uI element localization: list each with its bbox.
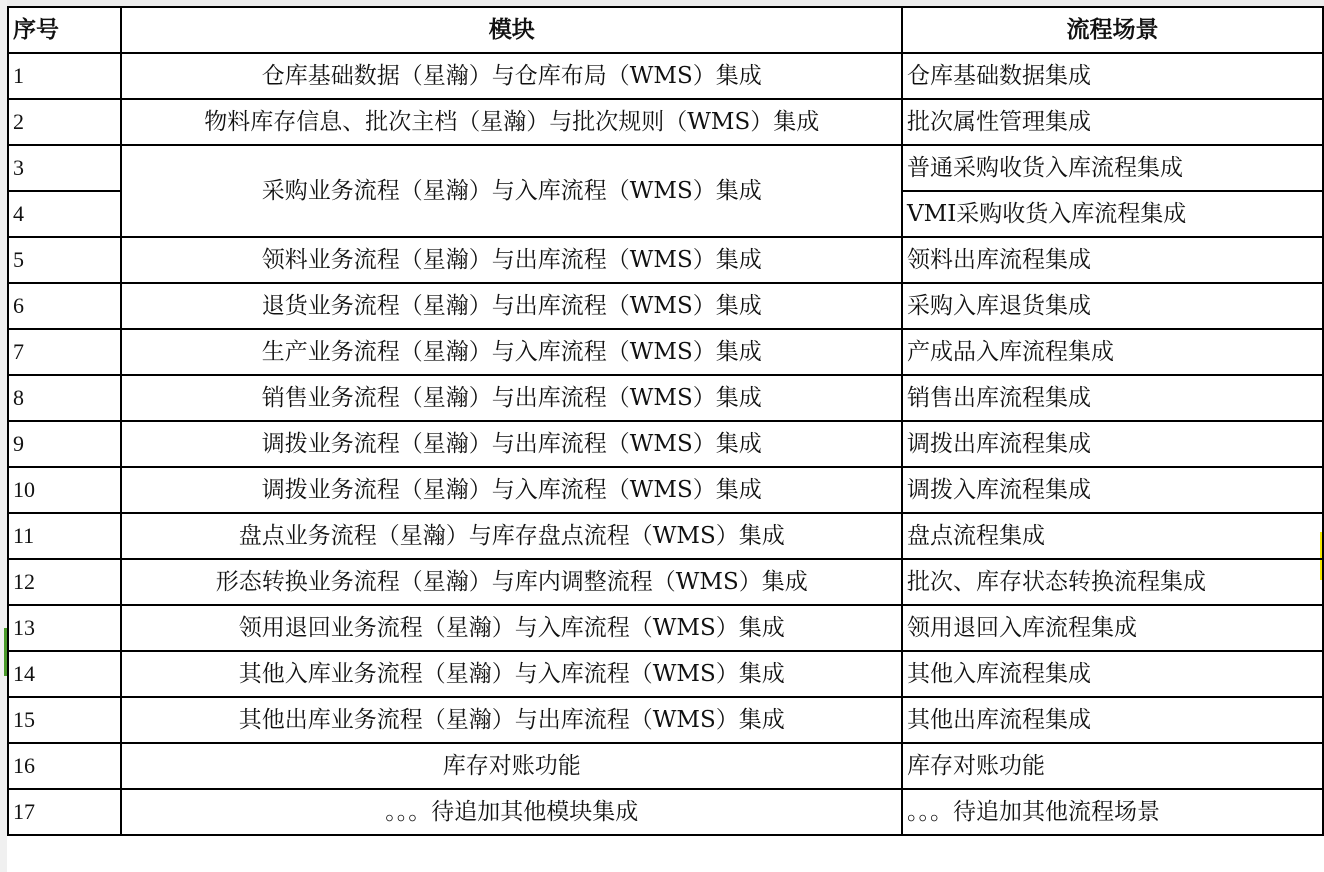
cell-no[interactable]: 1 — [8, 53, 121, 99]
table-row: 10 调拨业务流程（星瀚）与入库流程（WMS）集成 调拨入库流程集成 — [8, 467, 1323, 513]
cell-module[interactable]: 其他出库业务流程（星瀚）与出库流程（WMS）集成 — [121, 697, 902, 743]
cell-no[interactable]: 3 — [8, 145, 121, 191]
cell-module[interactable]: 物料库存信息、批次主档（星瀚）与批次规则（WMS）集成 — [121, 99, 902, 145]
cell-scene[interactable]: 领料出库流程集成 — [902, 237, 1323, 283]
cell-no[interactable]: 9 — [8, 421, 121, 467]
header-module[interactable]: 模块 — [121, 7, 902, 53]
cell-no[interactable]: 5 — [8, 237, 121, 283]
cell-no[interactable]: 13 — [8, 605, 121, 651]
cell-no[interactable]: 8 — [8, 375, 121, 421]
cell-no[interactable]: 16 — [8, 743, 121, 789]
cell-scene[interactable]: 批次、库存状态转换流程集成 — [902, 559, 1323, 605]
cell-module[interactable]: 领料业务流程（星瀚）与出库流程（WMS）集成 — [121, 237, 902, 283]
cell-no[interactable]: 15 — [8, 697, 121, 743]
cell-module[interactable]: 形态转换业务流程（星瀚）与库内调整流程（WMS）集成 — [121, 559, 902, 605]
cell-scene[interactable]: VMI采购收货入库流程集成 — [902, 191, 1323, 237]
table-row: 9 调拨业务流程（星瀚）与出库流程（WMS）集成 调拨出库流程集成 — [8, 421, 1323, 467]
table-row: 14 其他入库业务流程（星瀚）与入库流程（WMS）集成 其他入库流程集成 — [8, 651, 1323, 697]
cell-no[interactable]: 4 — [8, 191, 121, 237]
cell-scene[interactable]: 采购入库退货集成 — [902, 283, 1323, 329]
table-row: 2 物料库存信息、批次主档（星瀚）与批次规则（WMS）集成 批次属性管理集成 — [8, 99, 1323, 145]
table-row: 15 其他出库业务流程（星瀚）与出库流程（WMS）集成 其他出库流程集成 — [8, 697, 1323, 743]
cell-module[interactable]: 调拨业务流程（星瀚）与出库流程（WMS）集成 — [121, 421, 902, 467]
table-row: 8 销售业务流程（星瀚）与出库流程（WMS）集成 销售出库流程集成 — [8, 375, 1323, 421]
header-scene[interactable]: 流程场景 — [902, 7, 1323, 53]
cell-no[interactable]: 7 — [8, 329, 121, 375]
header-row: 序号 模块 流程场景 — [8, 7, 1323, 53]
cell-module[interactable]: 生产业务流程（星瀚）与入库流程（WMS）集成 — [121, 329, 902, 375]
cell-scene[interactable]: 调拨出库流程集成 — [902, 421, 1323, 467]
cell-scene[interactable]: 普通采购收货入库流程集成 — [902, 145, 1323, 191]
cell-module[interactable]: 库存对账功能 — [121, 743, 902, 789]
cell-no[interactable]: 14 — [8, 651, 121, 697]
cell-module[interactable]: 退货业务流程（星瀚）与出库流程（WMS）集成 — [121, 283, 902, 329]
cell-no[interactable]: 6 — [8, 283, 121, 329]
cell-scene[interactable]: 仓库基础数据集成 — [902, 53, 1323, 99]
cell-module-merged[interactable]: 采购业务流程（星瀚）与入库流程（WMS）集成 — [121, 145, 902, 237]
cell-no[interactable]: 10 — [8, 467, 121, 513]
cell-scene[interactable]: 。。。待追加其他流程场景 — [902, 789, 1323, 835]
row-header-gutter — [0, 0, 7, 872]
table-row: 3 采购业务流程（星瀚）与入库流程（WMS）集成 普通采购收货入库流程集成 — [8, 145, 1323, 191]
cell-scene[interactable]: 调拨入库流程集成 — [902, 467, 1323, 513]
cell-module[interactable]: 。。。待追加其他模块集成 — [121, 789, 902, 835]
cell-scene[interactable]: 库存对账功能 — [902, 743, 1323, 789]
cell-scene[interactable]: 产成品入库流程集成 — [902, 329, 1323, 375]
cell-module[interactable]: 其他入库业务流程（星瀚）与入库流程（WMS）集成 — [121, 651, 902, 697]
table-row: 7 生产业务流程（星瀚）与入库流程（WMS）集成 产成品入库流程集成 — [8, 329, 1323, 375]
integration-table: 序号 模块 流程场景 1 仓库基础数据（星瀚）与仓库布局（WMS）集成 仓库基础… — [7, 6, 1324, 836]
table-row: 17 。。。待追加其他模块集成 。。。待追加其他流程场景 — [8, 789, 1323, 835]
table-row: 5 领料业务流程（星瀚）与出库流程（WMS）集成 领料出库流程集成 — [8, 237, 1323, 283]
table-row: 13 领用退回业务流程（星瀚）与入库流程（WMS）集成 领用退回入库流程集成 — [8, 605, 1323, 651]
cell-scene[interactable]: 批次属性管理集成 — [902, 99, 1323, 145]
cell-module[interactable]: 盘点业务流程（星瀚）与库存盘点流程（WMS）集成 — [121, 513, 902, 559]
cell-module[interactable]: 调拨业务流程（星瀚）与入库流程（WMS）集成 — [121, 467, 902, 513]
cell-scene[interactable]: 盘点流程集成 — [902, 513, 1323, 559]
table-row: 12 形态转换业务流程（星瀚）与库内调整流程（WMS）集成 批次、库存状态转换流… — [8, 559, 1323, 605]
cell-module[interactable]: 领用退回业务流程（星瀚）与入库流程（WMS）集成 — [121, 605, 902, 651]
cell-no[interactable]: 12 — [8, 559, 121, 605]
table-row: 11 盘点业务流程（星瀚）与库存盘点流程（WMS）集成 盘点流程集成 — [8, 513, 1323, 559]
cell-module[interactable]: 仓库基础数据（星瀚）与仓库布局（WMS）集成 — [121, 53, 902, 99]
cell-scene[interactable]: 其他出库流程集成 — [902, 697, 1323, 743]
table-row: 16 库存对账功能 库存对账功能 — [8, 743, 1323, 789]
cell-scene[interactable]: 领用退回入库流程集成 — [902, 605, 1323, 651]
table-row: 6 退货业务流程（星瀚）与出库流程（WMS）集成 采购入库退货集成 — [8, 283, 1323, 329]
table-row: 1 仓库基础数据（星瀚）与仓库布局（WMS）集成 仓库基础数据集成 — [8, 53, 1323, 99]
cell-scene[interactable]: 其他入库流程集成 — [902, 651, 1323, 697]
cell-module[interactable]: 销售业务流程（星瀚）与出库流程（WMS）集成 — [121, 375, 902, 421]
cell-no[interactable]: 2 — [8, 99, 121, 145]
cell-no[interactable]: 11 — [8, 513, 121, 559]
cell-scene[interactable]: 销售出库流程集成 — [902, 375, 1323, 421]
header-no[interactable]: 序号 — [8, 7, 121, 53]
cell-no[interactable]: 17 — [8, 789, 121, 835]
